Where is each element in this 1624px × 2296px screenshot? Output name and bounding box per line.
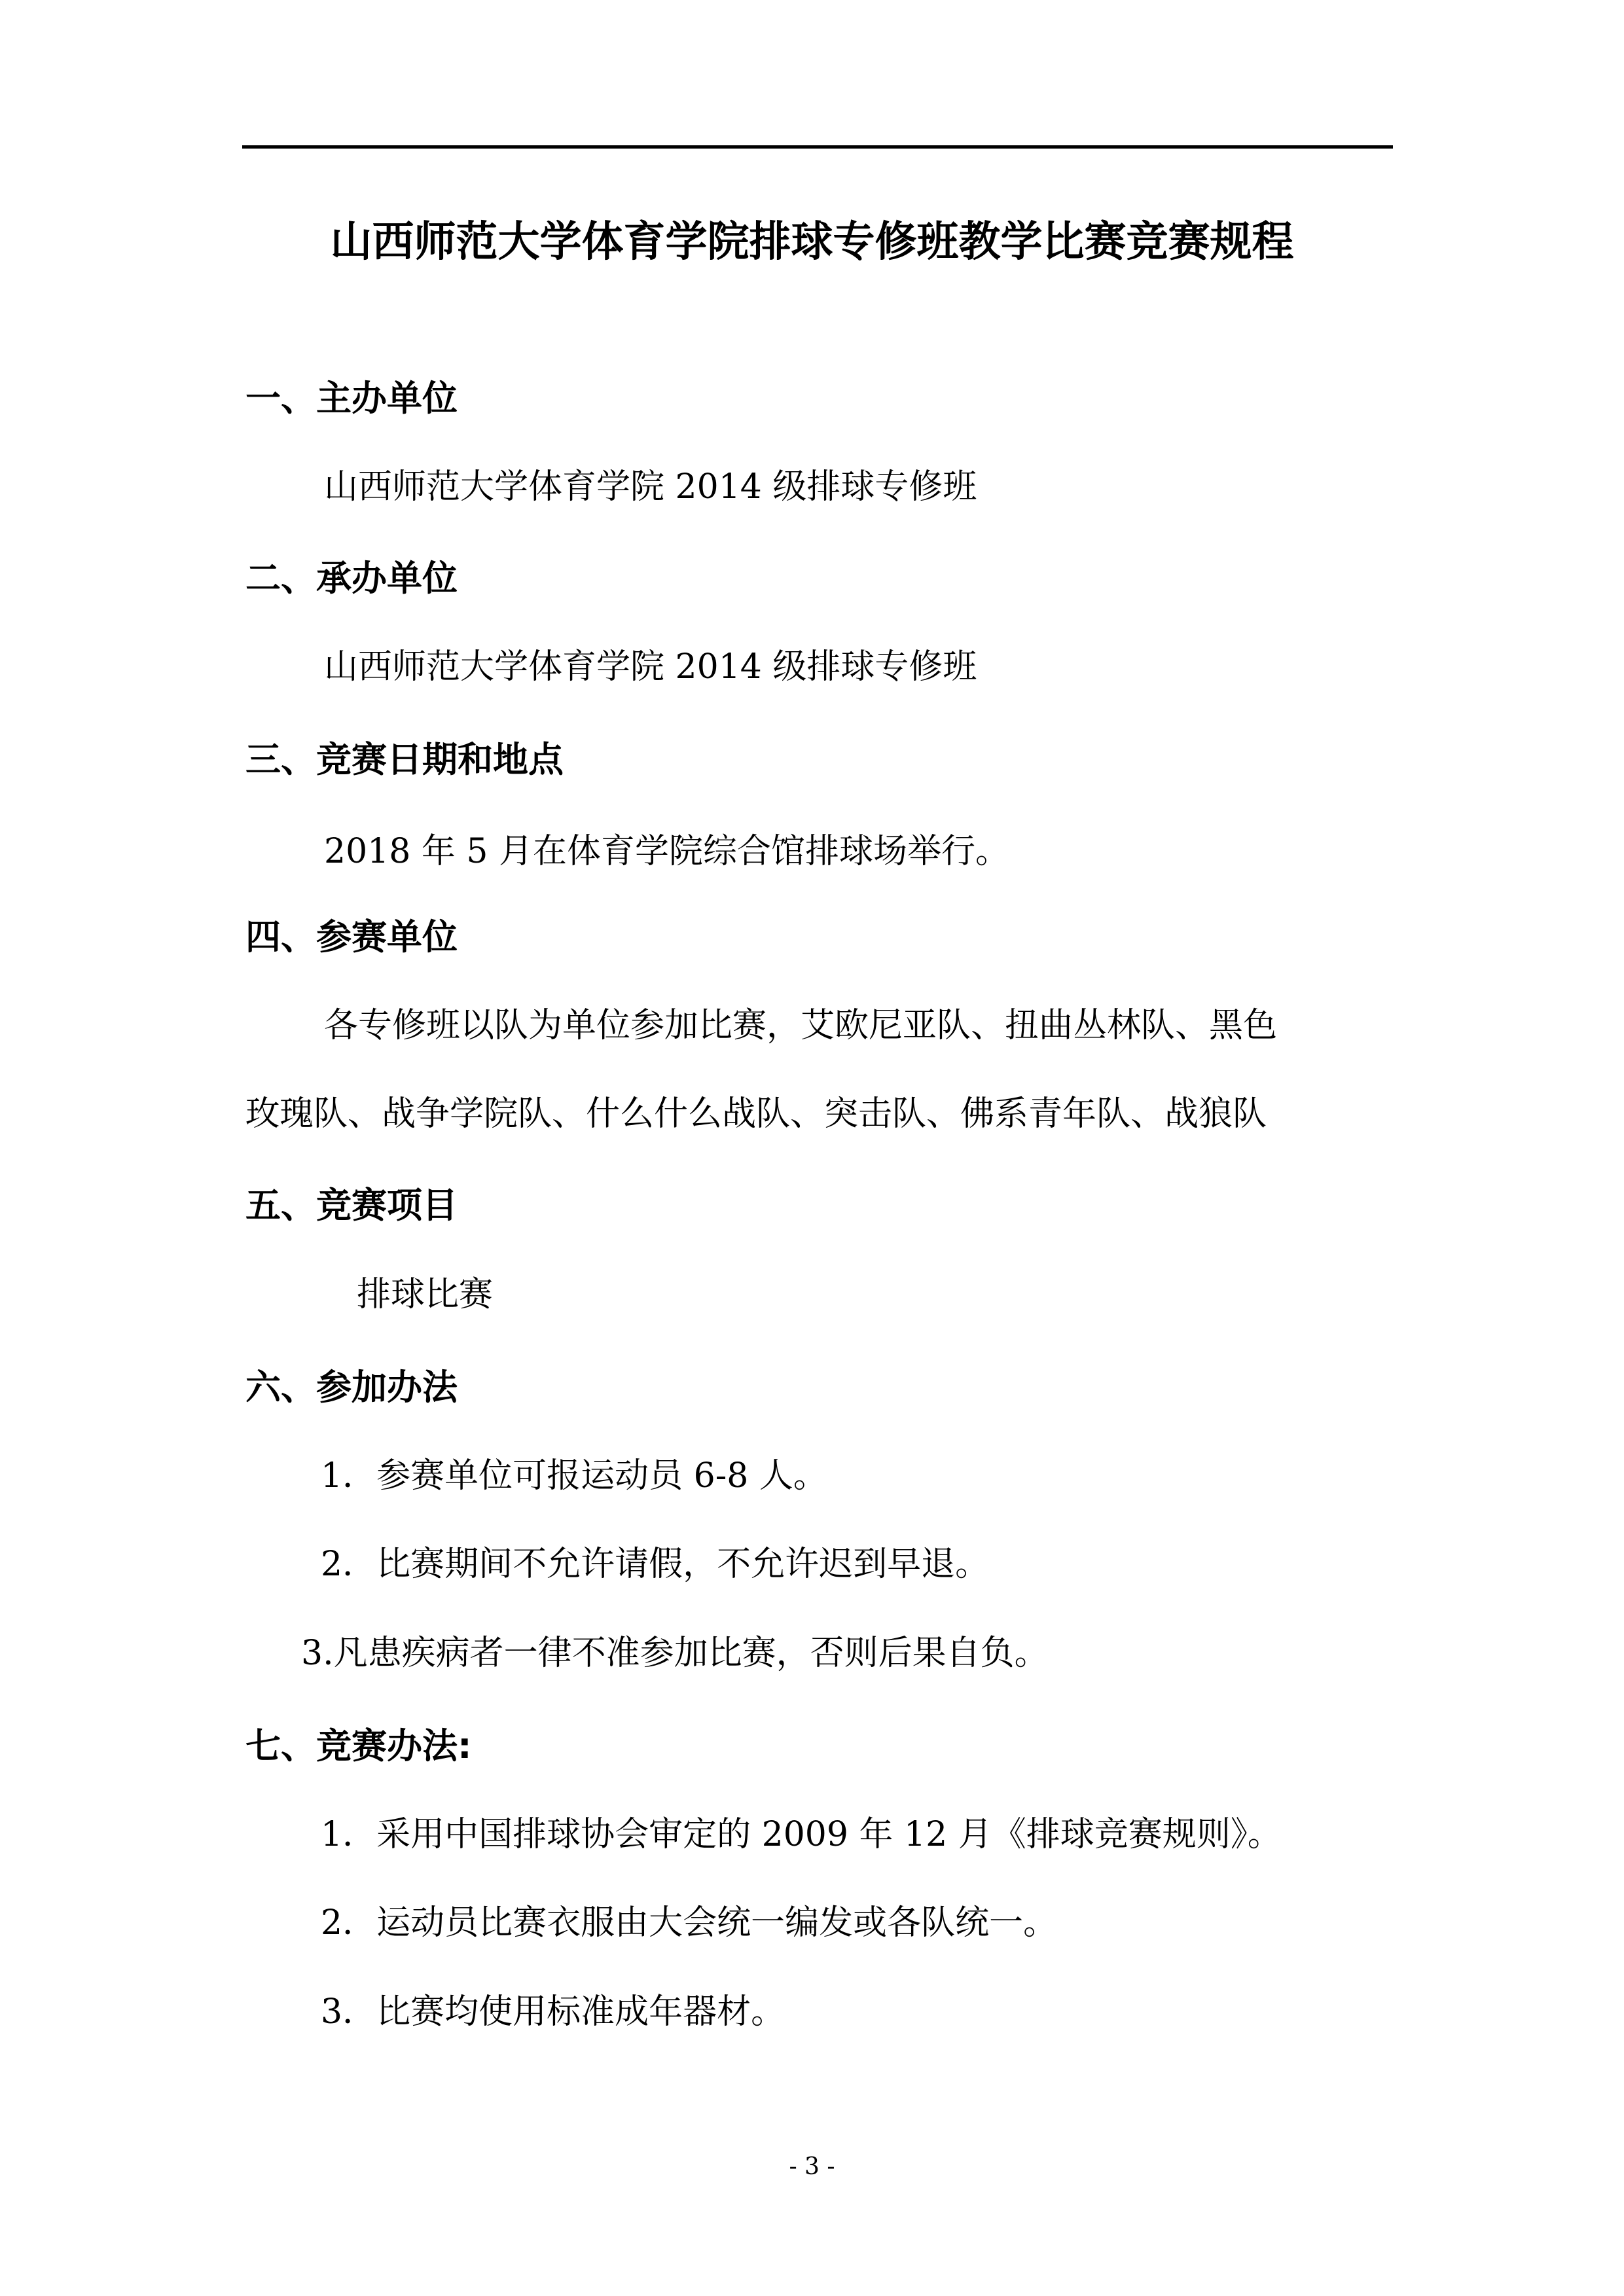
- page-number: - 3 -: [0, 2153, 1624, 2180]
- section-body-organizer: 山西师范大学体育学院 2014 级排球专修班: [324, 464, 977, 510]
- document-title: 山西师范大学体育学院排球专修班教学比赛竞赛规程: [0, 213, 1624, 272]
- entry-rule-item-3: 3.凡患疾病者一律不准参加比赛，否则后果自负。: [301, 1630, 1049, 1676]
- section-body-events: 排球比赛: [357, 1272, 493, 1318]
- section-heading-competition-rules: 七、竞赛办法:: [245, 1723, 472, 1769]
- competition-rule-item-2: 2．运动员比赛衣服由大会统一编发或各队统一。: [321, 1900, 1057, 1946]
- section-body-participants-line1: 各专修班以队为单位参加比赛，艾欧尼亚队、扭曲丛林队、黑色: [324, 1003, 1277, 1049]
- section-heading-date-venue: 三、竞赛日期和地点: [245, 737, 564, 783]
- section-heading-host: 二、承办单位: [245, 556, 458, 601]
- section-heading-entry-rules: 六、参加办法: [245, 1365, 458, 1410]
- header-rule: [242, 145, 1393, 149]
- section-heading-events: 五、竞赛项目: [245, 1183, 458, 1229]
- section-body-host: 山西师范大学体育学院 2014 级排球专修班: [324, 644, 977, 690]
- competition-rule-item-3: 3．比赛均使用标准成年器材。: [321, 1989, 785, 2035]
- section-heading-participants: 四、参赛单位: [245, 914, 458, 960]
- entry-rule-item-2: 2．比赛期间不允许请假，不允许迟到早退。: [321, 1541, 989, 1587]
- section-body-date-venue: 2018 年 5 月在体育学院综合馆排球场举行。: [324, 829, 1009, 874]
- section-heading-organizer: 一、主办单位: [245, 376, 458, 422]
- competition-rule-item-1: 1．采用中国排球协会审定的 2009 年 12 月《排球竞赛规则》。: [321, 1812, 1282, 1857]
- section-body-participants-line2: 玫瑰队、战争学院队、什么什么战队、突击队、佛系青年队、战狼队: [245, 1091, 1267, 1137]
- entry-rule-item-1: 1．参赛单位可报运动员 6-8 人。: [321, 1453, 827, 1499]
